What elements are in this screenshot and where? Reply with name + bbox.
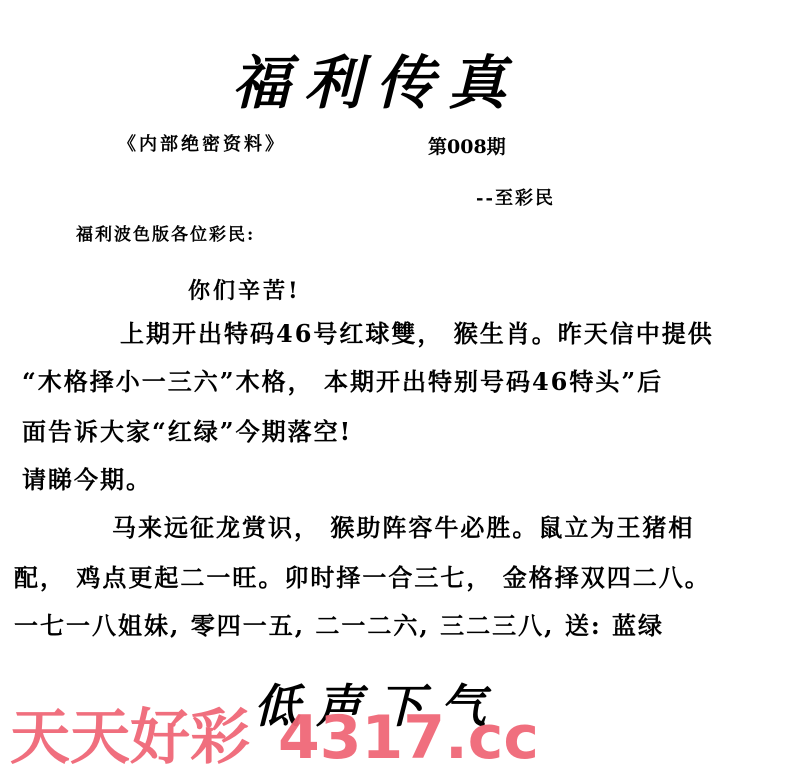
body-line: 配， 鸡点更起二一旺。卯时择一合三七， 金格择双四二八。 bbox=[14, 558, 711, 593]
greeting: 福利波色版各位彩民: bbox=[76, 220, 255, 245]
watermark-brand: 天天好彩 bbox=[10, 703, 250, 772]
body-line: “木格择小一三六”木格， 本期开出特别号码46特头”后 bbox=[22, 362, 663, 397]
watermark: 天天好彩4317.cc bbox=[10, 690, 539, 772]
body-line: 一七一八姐妹, 零四一五, 二一二六, 三二三八, 送: 蓝绿 bbox=[14, 606, 664, 641]
signature: --至彩民 bbox=[476, 184, 555, 210]
body-line: 上期开出特码46号红球雙， 猴生肖。昨天信中提供 bbox=[120, 314, 714, 349]
body-line: 面告诉大家“红绿”今期落空! bbox=[22, 412, 352, 447]
document-subtitle: 《内部绝密资料》 bbox=[118, 130, 286, 156]
salute: 你们辛苦! bbox=[188, 274, 301, 305]
body-line: 马来远征龙赏识， 猴助阵容牛必胜。鼠立为王猪相 bbox=[112, 508, 694, 543]
document-title: 福利传真 bbox=[232, 36, 520, 120]
watermark-site: 4317.cc bbox=[278, 703, 539, 772]
issue-number: 第008期 bbox=[428, 132, 506, 159]
body-line: 请睇今期。 bbox=[22, 460, 152, 495]
